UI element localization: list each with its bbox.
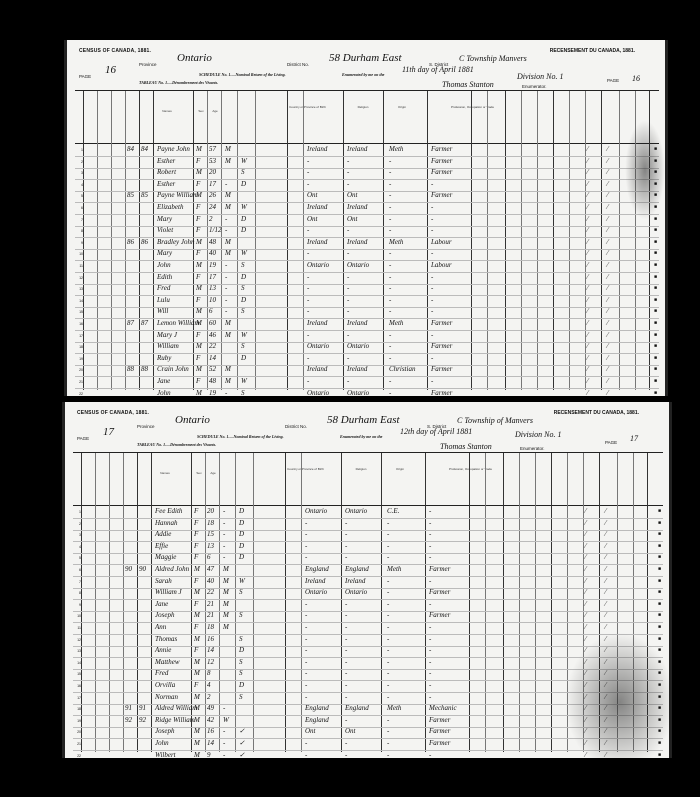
age: 2 [207,693,211,701]
sex: M [194,658,200,666]
row-marker-icon: ■ [654,251,657,256]
table-row: 7MaryF2-DOntOnt--⁄⁄■ [75,215,659,226]
page-label-right: PAGE [605,440,617,445]
age: 15 [207,530,214,538]
tally-mark-icon: ⁄ [585,611,586,619]
line-number: 5 [73,194,83,198]
tally-mark-icon: ⁄ [585,635,586,643]
occupation: Farmer [431,319,452,327]
marital-code: W [241,377,247,385]
occupation: - [429,600,431,608]
occupation: - [429,669,431,677]
marital-code: W [241,331,247,339]
birthplace: - [305,681,307,689]
origin: - [389,157,391,165]
marital-code: S [239,611,243,619]
tally-mark-icon: ⁄ [587,389,588,396]
age: 14 [207,646,214,654]
table-row: 19RubyF14D----⁄⁄■ [75,354,659,365]
dwelling-number: 91 [139,704,146,712]
religion: - [345,658,347,666]
sex: F [194,577,198,585]
sex: M [194,716,200,724]
person-name: Addie [155,530,171,538]
religion: Ireland [347,365,367,373]
age: 19 [209,389,216,396]
age: 26 [209,191,216,199]
page-label: PAGE [77,436,89,441]
person-name: Lulu [157,296,170,304]
birthplace: - [307,331,309,339]
person-name: Annie [155,646,171,654]
religion: - [345,681,347,689]
line-number: 4 [73,183,83,187]
marital-status: - [225,215,227,223]
age: 6 [209,307,213,315]
birthplace: Ireland [307,238,327,246]
tally-mark-icon: ⁄ [587,226,588,234]
tally-mark-icon: ⁄ [585,588,586,596]
origin: - [387,588,389,596]
marital-status: M [225,145,231,153]
origin: - [389,203,391,211]
page-number: 16 [105,64,116,76]
tally-mark-icon: ⁄ [607,157,608,165]
line-number: 20 [73,368,83,372]
sex: M [194,727,200,735]
tally-mark-icon: ⁄ [587,354,588,362]
line-number: 6 [73,206,83,210]
marital-status: - [225,180,227,188]
marital-status: - [223,553,225,561]
birthplace: Ireland [307,145,327,153]
marital-code: ✓ [239,739,245,747]
row-marker-icon: ■ [658,555,661,560]
table-row: 12ThomasM16S----⁄⁄■ [73,635,663,646]
line-number: 13 [71,649,81,653]
marital-status: M [225,238,231,246]
religion: Ireland [347,203,367,211]
occupation: - [431,273,433,281]
tally-mark-icon: ⁄ [607,145,608,153]
marital-status: - [223,542,225,550]
province-value: Ontario [177,52,212,64]
line-number: 16 [71,684,81,688]
census-title-en: CENSUS OF CANADA, 1881. [77,410,149,416]
row-marker-icon: ■ [654,298,657,303]
sex: F [196,157,200,165]
marital-code: S [241,284,245,292]
row-marker-icon: ■ [654,309,657,314]
census-page-17: CENSUS OF CANADA, 1881. RECENSEMENT DU C… [62,402,672,758]
occupation: - [431,226,433,234]
table-row: 11JohnM19-SOntarioOntario-Labour⁄⁄■ [75,261,659,272]
birthplace: Ontario [307,342,329,350]
age: 17 [209,180,216,188]
line-number: 7 [71,580,81,584]
person-name: Maggie [155,553,176,561]
age: 8 [207,669,211,677]
sex: M [196,261,202,269]
header-origin: Origin [381,467,419,471]
religion: - [345,542,347,550]
tally-mark-icon: ⁄ [587,342,588,350]
origin: - [387,727,389,735]
marital-status: M [223,611,229,619]
tally-mark-icon: ⁄ [607,331,608,339]
age: 6 [207,553,211,561]
birthplace: - [307,180,309,188]
enumerator-name: Thomas Stanton [442,80,494,89]
age: 16 [207,635,214,643]
column-headers: Names Sex Age Country or Province of Bir… [73,453,663,506]
line-number: 7 [73,218,83,222]
line-number: 1 [71,510,81,514]
sex: F [196,203,200,211]
enumerated-label: Enumerated by me on the [340,434,382,439]
tally-mark-icon: ⁄ [585,553,586,561]
birthplace: - [307,377,309,385]
person-name: Ruby [157,354,171,362]
table-row: 15WillM6-S----⁄⁄■ [75,307,659,318]
person-name: Mary [157,215,172,223]
row-marker-icon: ■ [654,263,657,268]
origin: - [389,261,391,269]
line-number: 13 [73,287,83,291]
person-name: Edith [157,273,172,281]
religion: - [347,226,349,234]
marital-status: - [225,273,227,281]
person-name: Jane [155,600,168,608]
ink-smudge [625,120,665,220]
birthplace: England [305,565,329,573]
occupation: - [431,284,433,292]
occupation: Farmer [431,342,452,350]
person-name: John [157,389,171,396]
age: 13 [209,284,216,292]
birthplace: - [305,751,307,758]
header-occupation: Profession, Occupation or Trade [448,467,493,471]
person-name: Payne John [157,145,190,153]
person-name: Violet [157,226,173,234]
row-marker-icon: ■ [654,333,657,338]
marital-status: M [225,191,231,199]
tally-mark-icon: ⁄ [585,623,586,631]
origin: - [387,519,389,527]
line-number: 16 [73,322,83,326]
occupation: Farmer [429,727,450,735]
table-row: 12EdithF17-D----⁄⁄■ [75,273,659,284]
table-row: 2EstherF53MW---Farmer⁄⁄■ [75,157,659,168]
person-name: Mary [157,249,172,257]
birthplace: - [307,284,309,292]
age: 48 [209,238,216,246]
marital-status: M [223,588,229,596]
age: 21 [207,600,214,608]
row-marker-icon: ■ [658,602,661,607]
enumerator-label: Enumerator. [522,84,547,89]
marital-code: D [241,273,246,281]
religion: Ont [345,727,356,735]
marital-status: M [223,565,229,573]
tally-mark-icon: ⁄ [587,261,588,269]
tally-mark-icon: ⁄ [607,238,608,246]
sex: M [196,389,202,396]
line-number: 21 [73,380,83,384]
person-name: Mary J [157,331,177,339]
tally-mark-icon: ⁄ [607,365,608,373]
birthplace: - [305,623,307,631]
line-number: 17 [73,334,83,338]
origin: - [389,180,391,188]
birthplace: England [305,704,329,712]
birthplace: - [307,296,309,304]
occupation: - [431,377,433,385]
dwelling-number: 84 [141,145,148,153]
person-name: Fred [155,669,168,677]
marital-code: D [241,215,246,223]
birthplace: - [305,519,307,527]
table-row: 3RobertM20S---Farmer⁄⁄■ [75,168,659,179]
age: 14 [209,354,216,362]
house-number: 88 [127,365,134,373]
origin: - [387,611,389,619]
age: 9 [207,751,211,758]
line-number: 3 [71,533,81,537]
header-names: Names [135,471,195,475]
occupation: - [429,658,431,666]
subdistrict-value: C Township Manvers [459,54,527,63]
tally-mark-icon: ⁄ [587,145,588,153]
line-number: 5 [71,556,81,560]
occupation: - [429,646,431,654]
origin: Meth [389,319,403,327]
sex: M [196,145,202,153]
line-number: 1 [73,148,83,152]
sex: M [196,238,202,246]
sex: F [194,600,198,608]
tally-mark-icon: ⁄ [607,307,608,315]
origin: - [389,354,391,362]
tally-mark-icon: ⁄ [585,530,586,538]
occupation: - [429,519,431,527]
religion: - [347,296,349,304]
person-name: Elizabeth [157,203,183,211]
marital-status: M [223,600,229,608]
occupation: Labour [431,238,452,246]
birthplace: Ontario [307,261,329,269]
tally-mark-icon: ⁄ [607,249,608,257]
tally-mark-icon: ⁄ [605,623,606,631]
origin: Meth [387,565,401,573]
row-marker-icon: ■ [654,321,657,326]
origin: - [387,635,389,643]
tally-mark-icon: ⁄ [605,530,606,538]
religion: - [347,284,349,292]
age: 52 [209,365,216,373]
schedule-title-fr: TABLEAU No. 1.—Dénombrement des Vivants. [139,80,218,85]
person-name: John [157,261,171,269]
line-number: 22 [73,392,83,396]
tally-mark-icon: ⁄ [605,519,606,527]
dwelling-number: 88 [141,365,148,373]
age: 12 [207,658,214,666]
tally-mark-icon: ⁄ [605,565,606,573]
line-number: 14 [73,299,83,303]
person-name: Will [157,307,168,315]
birthplace: Ont [307,215,318,223]
origin: - [387,716,389,724]
dwelling-number: 85 [141,191,148,199]
religion: Ontario [347,261,369,269]
table-row: 1Fee EdithF20-DOntarioOntarioC.E.-⁄⁄■ [73,507,663,518]
row-marker-icon: ■ [658,521,661,526]
tally-mark-icon: ⁄ [587,284,588,292]
age: 4 [207,681,211,689]
marital-status: M [225,377,231,385]
birthplace: - [307,168,309,176]
religion: - [345,693,347,701]
occupation: - [429,553,431,561]
line-number: 11 [73,264,83,268]
marital-code: S [241,168,245,176]
origin: - [387,669,389,677]
birthplace: - [305,693,307,701]
table-row: 8VioletF1/12-D----⁄⁄■ [75,226,659,237]
religion: Ireland [347,319,367,327]
origin: - [389,215,391,223]
age: 17 [209,273,216,281]
tally-mark-icon: ⁄ [585,519,586,527]
schedule-title-fr: TABLEAU No. 1.—Dénombrement des Vivants. [137,442,216,447]
religion: England [345,704,369,712]
birthplace: Ireland [305,577,325,585]
marital-code: ✓ [239,751,245,758]
age: 21 [207,611,214,619]
header-age: Age [207,471,219,475]
birthplace: - [305,658,307,666]
marital-status: M [223,623,229,631]
line-number: 6 [71,568,81,572]
line-number: 10 [71,614,81,618]
row-marker-icon: ■ [658,590,661,595]
marital-code: S [239,669,243,677]
subdistrict-value: C Township of Manvers [457,416,533,425]
line-number: 8 [73,229,83,233]
person-name: Thomas [155,635,177,643]
tally-mark-icon: ⁄ [587,203,588,211]
header-sex: Sex [195,109,207,113]
birthplace: Ontario [305,588,327,596]
birthplace: Ontario [305,507,327,515]
birthplace: - [307,249,309,257]
religion: - [347,331,349,339]
origin: - [387,553,389,561]
age: 24 [209,203,216,211]
marital-status: - [225,389,227,396]
dwelling-number: 86 [141,238,148,246]
religion: Ontario [347,342,369,350]
line-number: 15 [71,672,81,676]
row-marker-icon: ■ [658,544,661,549]
age: 57 [209,145,216,153]
religion: - [347,168,349,176]
line-number: 20 [71,730,81,734]
occupation: - [431,249,433,257]
line-number: 22 [71,754,81,758]
marital-code: D [241,226,246,234]
line-number: 18 [71,707,81,711]
origin: - [389,168,391,176]
dwelling-number: 92 [139,716,146,724]
house-number: 90 [125,565,132,573]
birthplace: England [305,716,329,724]
division-value: Division No. 1 [517,72,563,81]
marital-code: D [241,296,246,304]
line-number: 19 [73,357,83,361]
origin: - [389,307,391,315]
age: 19 [209,261,216,269]
row-marker-icon: ■ [654,240,657,245]
page-number-right: 16 [632,74,640,83]
tally-mark-icon: ⁄ [585,600,586,608]
occupation: - [429,681,431,689]
marital-code: D [241,180,246,188]
occupation: - [429,751,431,758]
age: 22 [209,342,216,350]
district-label: District No. [287,62,309,67]
table-row: 4EstherF17-D----⁄⁄■ [75,180,659,191]
age: 13 [207,542,214,550]
birthplace: - [305,600,307,608]
sex: M [194,611,200,619]
person-name: Ridge William [155,716,195,724]
person-name: Sarah [155,577,172,585]
tally-mark-icon: ⁄ [605,588,606,596]
marital-code: S [239,588,243,596]
religion: Ontario [345,588,367,596]
occupation: - [429,542,431,550]
tally-mark-icon: ⁄ [607,203,608,211]
table-row: 14LuluF10-D----⁄⁄■ [75,296,659,307]
sex: M [196,319,202,327]
sex: M [196,168,202,176]
sex: M [196,365,202,373]
tally-mark-icon: ⁄ [585,565,586,573]
tally-mark-icon: ⁄ [607,377,608,385]
occupation: - [431,215,433,223]
line-number: 12 [71,638,81,642]
religion: - [347,273,349,281]
sex: M [196,307,202,315]
origin: - [389,191,391,199]
page-label-right: PAGE [607,78,619,83]
sex: F [196,354,200,362]
person-name: Payne William [157,191,198,199]
tally-mark-icon: ⁄ [587,249,588,257]
sex: F [194,542,198,550]
birthplace: - [305,739,307,747]
origin: - [387,542,389,550]
religion: - [345,600,347,608]
tally-mark-icon: ⁄ [587,180,588,188]
age: 22 [207,588,214,596]
birthplace: - [305,635,307,643]
row-marker-icon: ■ [654,391,657,396]
birthplace: Ont [307,191,318,199]
tally-mark-icon: ⁄ [587,168,588,176]
birthplace: - [305,553,307,561]
